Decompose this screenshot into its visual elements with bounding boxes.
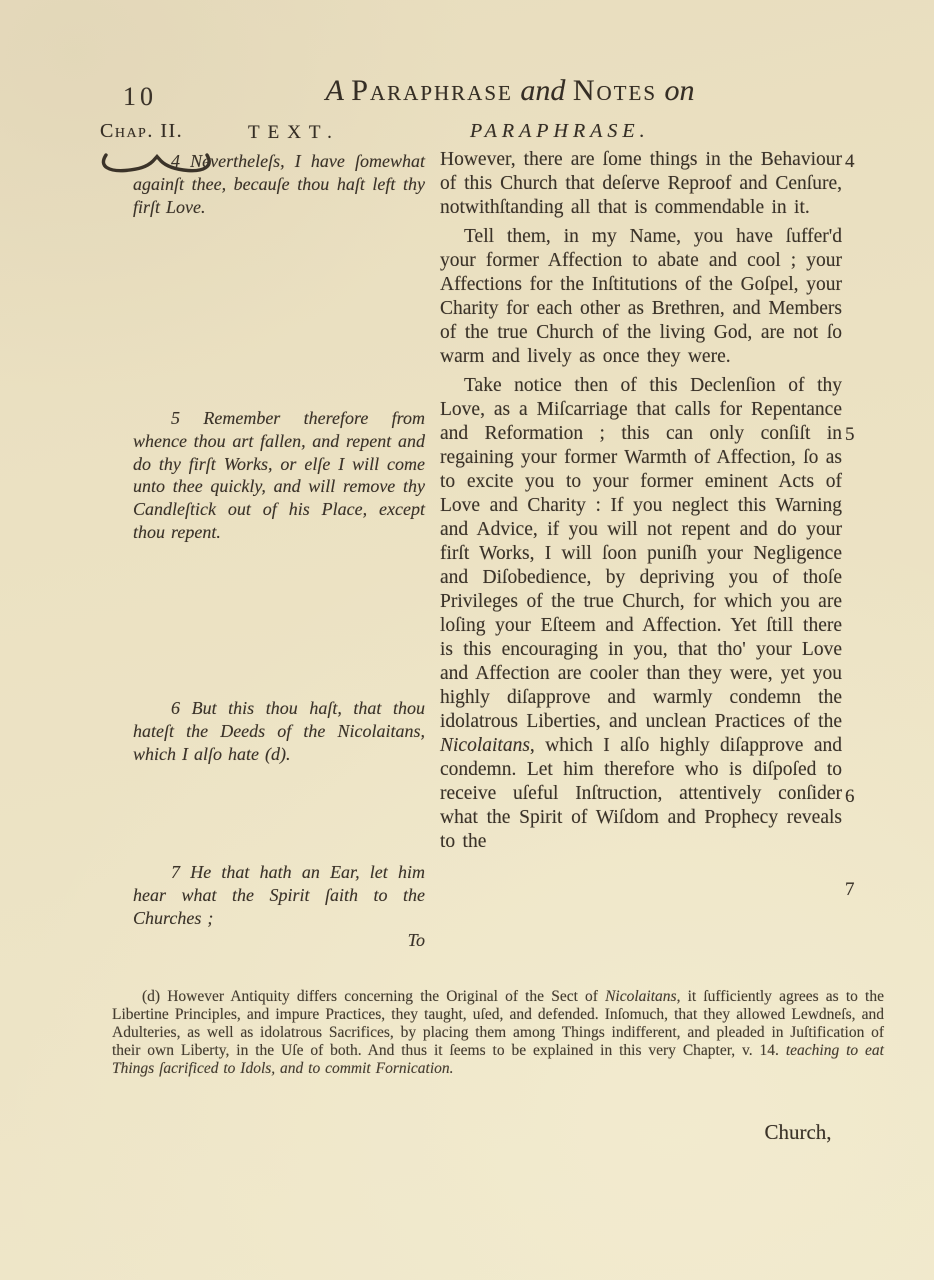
- footnote-nicolaitans: Nicolaitans: [605, 988, 676, 1005]
- paraphrase-paragraph-3-text: Take notice then of this Declenſion of t…: [440, 375, 842, 732]
- running-title-notes: Notes: [573, 74, 657, 107]
- paraphrase-paragraph-2: Tell them, in my Name, you have ſuffer'd…: [440, 225, 842, 369]
- scripture-verse-5: 5 Remember therefore from whence thou ar…: [133, 407, 425, 544]
- page-catchword: Church,: [738, 1120, 858, 1145]
- book-page-scan: 10 A Paraphrase and Notes on Chap. II. T…: [0, 0, 934, 1280]
- chapter-label: Chap. II.: [100, 120, 183, 143]
- scripture-verse-4: 4 Nevertheleſs, I have ſomewhat againſt …: [133, 150, 425, 218]
- text-column-catchword: To: [133, 930, 425, 951]
- scripture-verse-6: 6 But this thou haſt, that thou hateſt t…: [133, 697, 425, 765]
- margin-verse-number-4: 4: [845, 151, 855, 173]
- running-title-on: on: [665, 74, 695, 107]
- margin-verse-number-5: 5: [845, 424, 855, 446]
- footnote-d: (d) However Antiquity differs concerning…: [112, 988, 884, 1078]
- margin-verse-number-6: 6: [845, 786, 855, 808]
- paraphrase-nicolaitans: Nicolaitans: [440, 735, 530, 756]
- running-title-a: A: [325, 74, 343, 107]
- scripture-verse-7: 7 He that hath an Ear, let him hear what…: [133, 861, 425, 929]
- paraphrase-paragraph-1: However, there are ſome things in the Be…: [440, 148, 842, 220]
- margin-verse-number-7: 7: [845, 879, 855, 901]
- paraphrase-paragraph-3: Take notice then of this Declenſion of t…: [440, 374, 842, 854]
- paraphrase-column: However, there are ſome things in the Be…: [440, 148, 842, 859]
- running-title-paraphrase: Paraphrase: [351, 74, 513, 107]
- paraphrase-column-heading: PARAPHRASE.: [470, 120, 650, 143]
- footnote-text: (d) However Antiquity differs concerning…: [142, 988, 605, 1005]
- page-number: 10: [123, 82, 157, 112]
- running-title: A Paraphrase and Notes on: [248, 74, 772, 108]
- running-title-and: and: [520, 74, 565, 107]
- text-column-heading: TEXT.: [248, 122, 340, 144]
